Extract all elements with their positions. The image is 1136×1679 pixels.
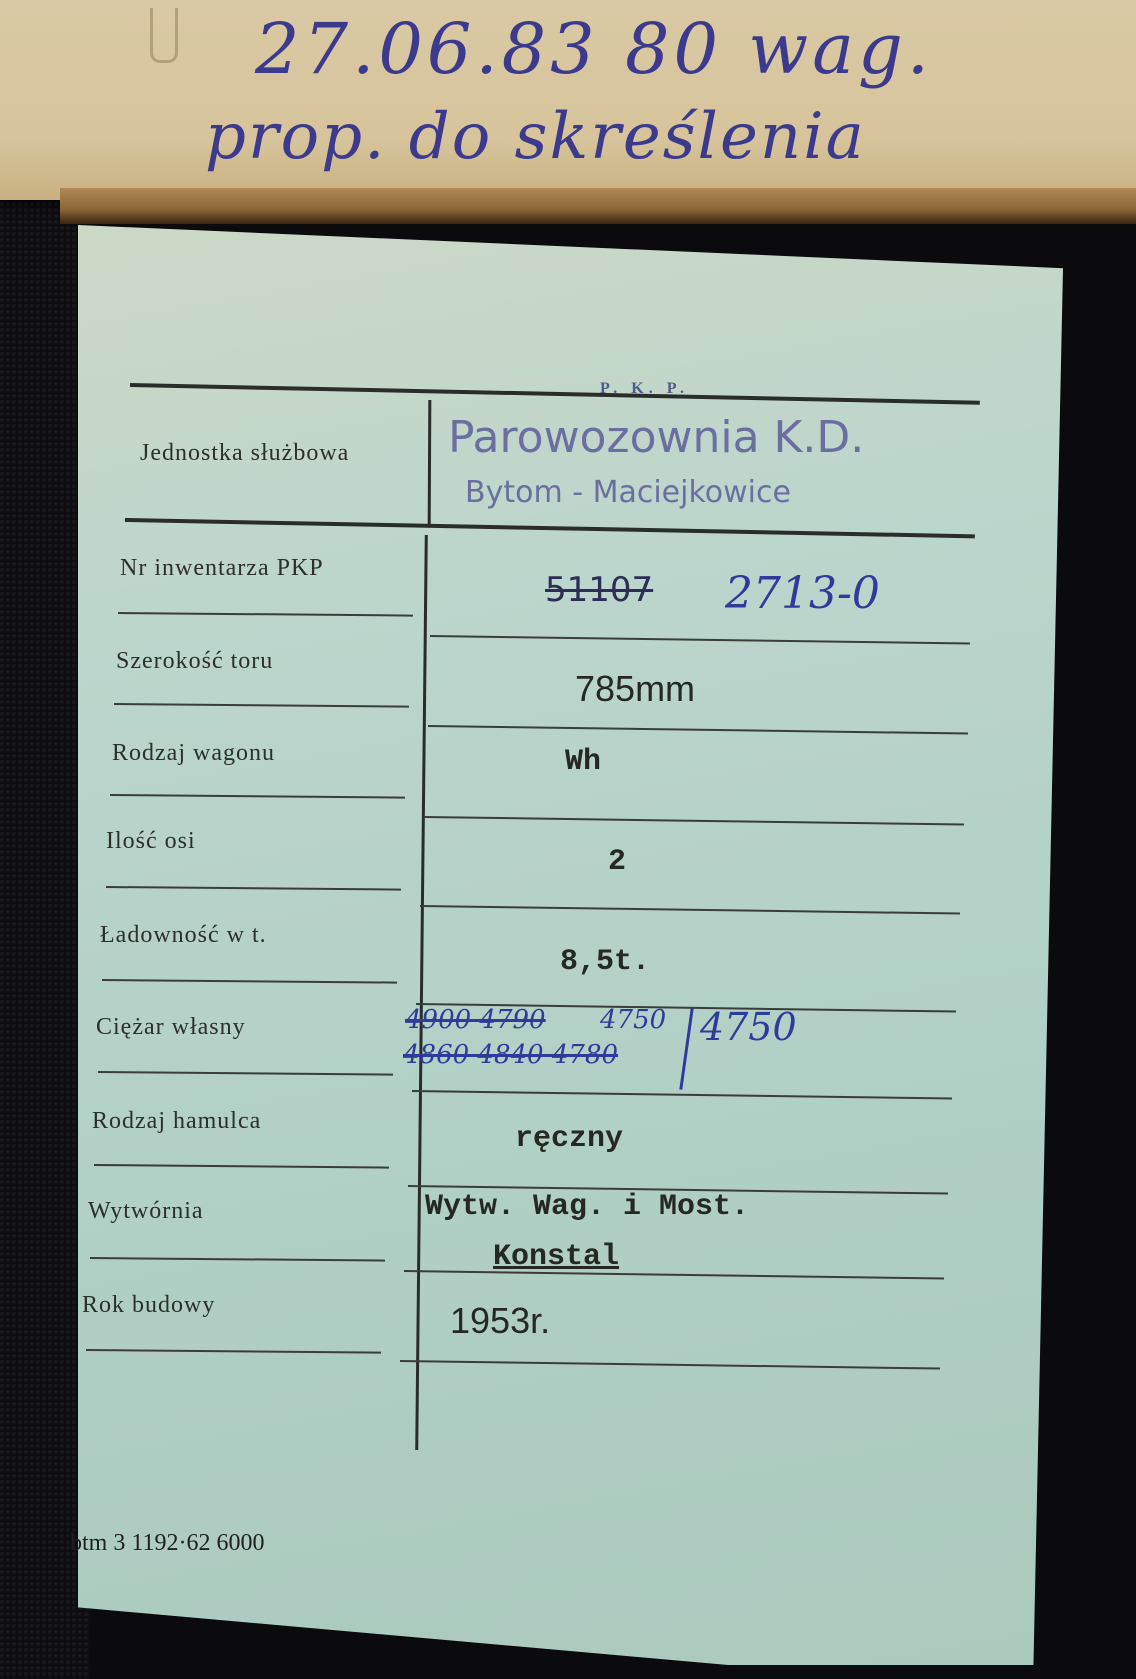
- value-ciezar-wlasny: 4750: [700, 1005, 797, 1049]
- header-divider: [428, 400, 432, 525]
- value-nr-inwentarza-old: 51107: [545, 570, 653, 610]
- tag-fold: [60, 188, 1136, 224]
- value-ladownosc: 8,5t.: [560, 945, 650, 979]
- issuer-stamp-line1: Parowozownia K.D.: [448, 412, 864, 463]
- tag-handwriting-line2: prop. do skreślenia: [205, 100, 866, 174]
- value-ciezar-line1-current: 4750: [600, 1005, 666, 1035]
- issuer-stamp-line2: Bytom - Maciejkowice: [465, 475, 791, 510]
- tag-handwriting-line1: 27.06.83 80 wag.: [255, 8, 933, 90]
- value-ciezar-struck-line2: 4860 4840 4780: [403, 1040, 618, 1070]
- value-nr-inwentarza: 2713-0: [725, 568, 880, 619]
- staple-mark: [150, 8, 178, 63]
- label-rodzaj-hamulca: Rodzaj hamulca: [92, 1108, 261, 1135]
- value-szerokosc-toru: 785mm: [575, 668, 695, 710]
- label-jednostka: Jednostka służbowa: [140, 440, 349, 467]
- background-fabric: [0, 190, 90, 1679]
- value-ciezar-struck-line1: 4900 4790: [405, 1005, 546, 1035]
- label-szerokosc-toru: Szerokość toru: [116, 648, 273, 675]
- paper-tag: 27.06.83 80 wag. prop. do skreślenia: [0, 0, 1136, 200]
- value-rok-budowy: 1953r.: [450, 1300, 550, 1342]
- label-rodzaj-wagonu: Rodzaj wagonu: [112, 740, 275, 767]
- value-ilosc-osi: 2: [608, 845, 626, 879]
- label-ciezar-wlasny: Ciężar własny: [96, 1014, 246, 1041]
- value-wytwornia-line2: Konstal: [493, 1240, 619, 1274]
- value-rodzaj-hamulca: ręczny: [515, 1122, 623, 1156]
- value-rodzaj-wagonu: Wh: [565, 745, 601, 779]
- label-ladownosc: Ładowność w t.: [100, 922, 267, 949]
- label-wytwornia: Wytwórnia: [88, 1198, 204, 1225]
- label-nr-inwentarza: Nr inwentarza PKP: [120, 555, 324, 582]
- label-rok-budowy: Rok budowy: [82, 1292, 215, 1319]
- label-ilosc-osi: Ilość osi: [106, 828, 196, 855]
- value-wytwornia: Wytw. Wag. i Most.: [425, 1190, 749, 1224]
- form-footer-code: btm 3 1192·62 6000: [70, 1530, 264, 1557]
